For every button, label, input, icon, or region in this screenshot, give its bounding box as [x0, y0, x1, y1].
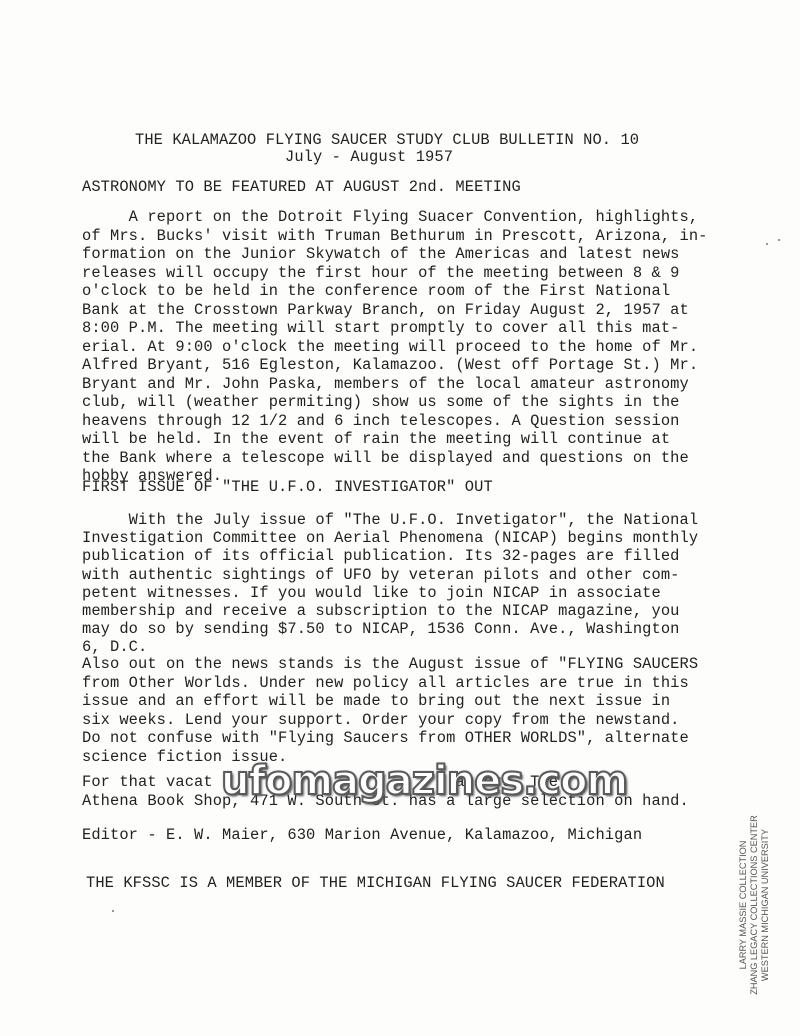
text-line: releases will occupy the first hour of t… [82, 264, 680, 282]
document-page: THE KALAMAZOO FLYING SAUCER STUDY CLUB B… [0, 0, 800, 1036]
text-line: o'clock to be held in the conference roo… [82, 282, 670, 300]
text-line: with authentic sightings of UFO by veter… [82, 566, 680, 584]
bulletin-date: July - August 1957 [285, 148, 453, 166]
bulletin-title: THE KALAMAZOO FLYING SAUCER STUDY CLUB B… [135, 131, 639, 149]
text-line: A report on the Dotroit Flying Suacer Co… [82, 208, 698, 226]
text-line: erial. At 9:00 o'clock the meeting will … [82, 338, 698, 356]
text-line: will be held. In the event of rain the m… [82, 430, 670, 448]
text-line: With the July issue of "The U.F.O. Invet… [82, 511, 698, 529]
text-line: Do not confuse with "Flying Saucers from… [82, 729, 689, 747]
text-line: publication of its official publication.… [82, 547, 680, 565]
text-line: Bank at the Crosstown Parkway Branch, on… [82, 301, 689, 319]
text-line: membership and receive a subscription to… [82, 602, 680, 620]
text-line: six weeks. Lend your support. Order your… [82, 711, 680, 729]
text-line: issue and an effort will be made to brin… [82, 692, 670, 710]
text-line: of Mrs. Bucks' visit with Truman Bethuru… [82, 227, 708, 245]
archive-line: LARRY MASSIE COLLECTION [738, 810, 749, 1000]
text-line: club, will (weather permiting) show us s… [82, 393, 680, 411]
text-line: 6, D.C. [82, 638, 147, 656]
text-line: may do so by sending $7.50 to NICAP, 153… [82, 620, 680, 638]
editor-line: Editor - E. W. Maier, 630 Marion Avenue,… [82, 826, 642, 844]
scan-speck [766, 243, 768, 245]
archive-line: ZHANG LEGACY COLLECTIONS CENTER [749, 810, 760, 1000]
text-line: Also out on the news stands is the Augus… [82, 655, 698, 673]
text-line: from Other Worlds. Under new policy all … [82, 674, 689, 692]
text-line: Investigation Committee on Aerial Phenom… [82, 529, 698, 547]
text-line: petent witnesses. If you would like to j… [82, 584, 661, 602]
watermark: ufomagazines.com [221, 758, 627, 804]
scan-speck [112, 910, 114, 912]
archive-stamp: LARRY MASSIE COLLECTION ZHANG LEGACY COL… [738, 810, 771, 1000]
text-line: formation on the Junior Skywatch of the … [82, 245, 680, 263]
federation-line: THE KFSSC IS A MEMBER OF THE MICHIGAN FL… [86, 874, 665, 892]
scan-speck [778, 239, 780, 241]
text-line: heavens through 12 1/2 and 6 inch telesc… [82, 412, 680, 430]
archive-line: WESTERN MICHIGAN UNIVERSITY [760, 810, 771, 1000]
text-line: Alfred Bryant, 516 Egleston, Kalamazoo. … [82, 356, 698, 374]
section-heading-ufo-investigator: FIRST ISSUE OF "THE U.F.O. INVESTIGATOR"… [82, 478, 493, 496]
text-line: Bryant and Mr. John Paska, members of th… [82, 375, 689, 393]
text-line: 8:00 P.M. The meeting will start promptl… [82, 319, 680, 337]
section-heading-astronomy: ASTRONOMY TO BE FEATURED AT AUGUST 2nd. … [82, 178, 521, 196]
text-line: the Bank where a telescope will be displ… [82, 449, 689, 467]
